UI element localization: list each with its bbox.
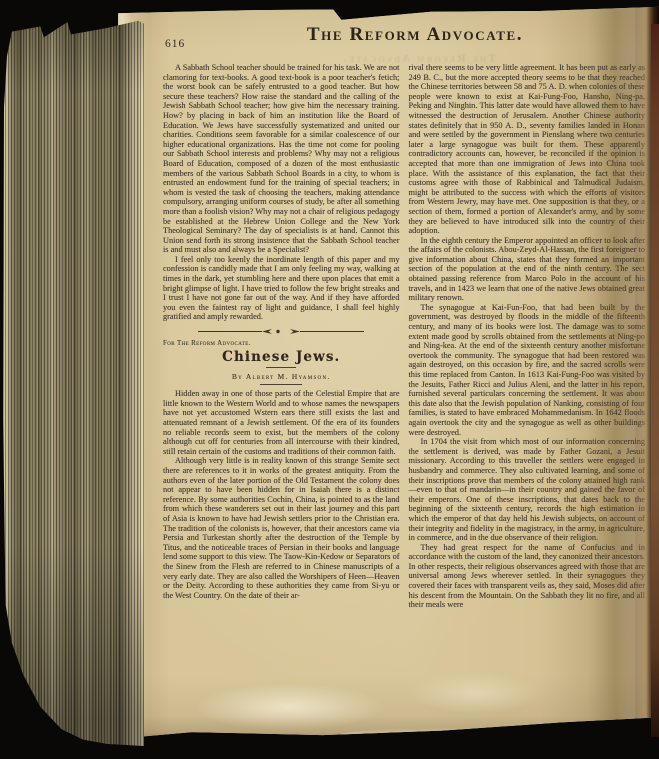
page-content: 616 The Reform Advocate. The Reform Advo…	[163, 15, 645, 610]
article-byline: By Albert M. Hyamson.	[163, 372, 400, 382]
paragraph: A Sabbath School teacher should be train…	[163, 63, 400, 255]
bottom-shadow	[116, 716, 659, 750]
page-number: 616	[165, 38, 185, 50]
paragraph: The synagogue at Kai-Fun-Foo, that had b…	[409, 303, 646, 437]
masthead-title: The Reform Advocate.	[185, 24, 645, 46]
left-column: A Sabbath School teacher should be train…	[163, 63, 400, 610]
paragraph: In the eighth century the Emperor appoin…	[409, 236, 646, 303]
divider-ornament-icon	[196, 327, 366, 336]
book-scan: 616 The Reform Advocate. The Reform Advo…	[0, 0, 659, 759]
paragraph: Although very little is in reality known…	[163, 456, 400, 600]
right-column: rival there seems to be very little agre…	[409, 63, 646, 610]
title-rule	[266, 367, 296, 368]
magazine-page: 616 The Reform Advocate. The Reform Advo…	[116, 5, 659, 750]
book-fore-edge-pages	[2, 20, 144, 746]
article-title: Chinese Jews.	[163, 350, 400, 365]
paragraph: In 1704 the visit from which most of our…	[409, 437, 646, 543]
page-header: 616 The Reform Advocate. The Reform Advo…	[163, 24, 645, 60]
paragraph: I feel only too keenly the inordinate le…	[163, 255, 400, 322]
paragraph: They had great respect for the name of C…	[409, 543, 646, 610]
two-column-text: A Sabbath School teacher should be train…	[163, 63, 645, 610]
paragraph: rival there seems to be very little agre…	[409, 63, 646, 236]
book-cover-edge	[651, 24, 659, 737]
article-kicker: For The Reform Advocate.	[163, 339, 400, 349]
byline-rule	[260, 384, 302, 385]
paper-stain	[411, 673, 541, 713]
paragraph: Hidden away in one of those parts of the…	[163, 389, 400, 456]
